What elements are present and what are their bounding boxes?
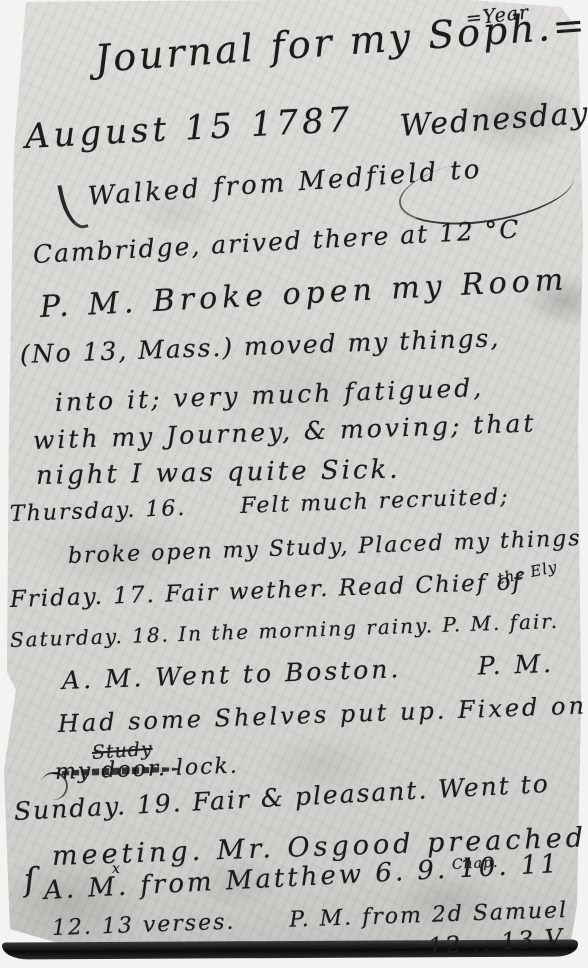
- entry-line-thursday16: Thursday. 16. Felt much recruited;: [10, 487, 510, 526]
- entry-line-journey: with my Journey, & moving; that: [33, 410, 537, 453]
- entry-line-no13: (No 13, Mass.) moved my things,: [20, 325, 501, 367]
- entry-line-shelves: Had some Shelves put up. Fixed on: [58, 694, 588, 736]
- journal-title: Journal for my Soph.=: [94, 6, 588, 78]
- long-s-bracket: ſ: [23, 863, 37, 896]
- entry-line-walked: Walked from Medfield to: [87, 156, 483, 210]
- entry-line-friday17: Friday. 17. Fair wether. Read Chief of: [10, 571, 524, 612]
- entry-line-went-boston: A. M. Went to Boston. P. M.: [62, 651, 555, 693]
- entry-line-quite-sick: night I was quite Sick.: [36, 457, 401, 489]
- dateline-date: August 15 1787: [24, 103, 354, 154]
- dateline-day: Wednesday: [399, 99, 588, 142]
- entry-line-saturday18: Saturday. 18. In the morning rainy. P. M…: [10, 611, 560, 650]
- entry-line-broke-study: broke open my Study, Placed my things: [68, 528, 582, 568]
- entry-line-12-13v: 12 .. 13 V: [427, 926, 565, 959]
- entry-line-cambridge: Cambridge, arived there at 12 °C: [32, 216, 521, 267]
- manuscript-photo: =Year Journal for my Soph.= August 15 17…: [0, 0, 588, 968]
- entry-line-into-it: into it; very much fatigued,: [55, 375, 485, 415]
- entry-line-broke-room: P. M. Broke open my Room: [39, 265, 569, 323]
